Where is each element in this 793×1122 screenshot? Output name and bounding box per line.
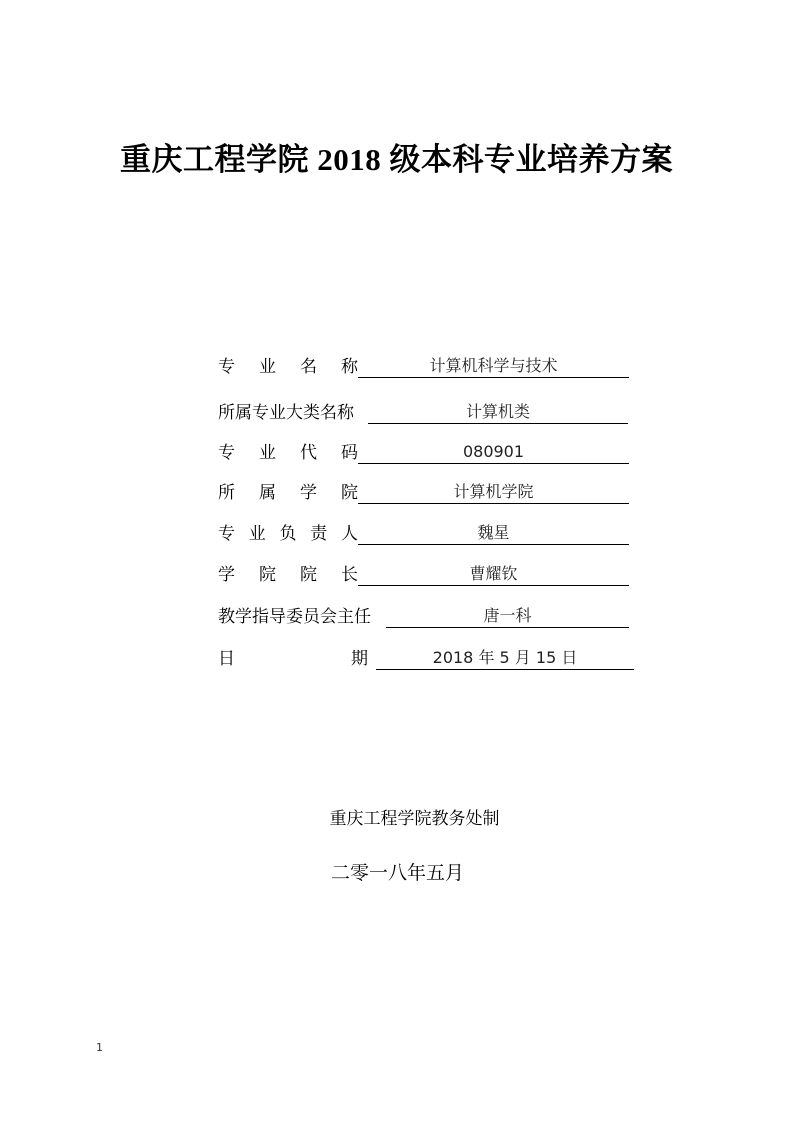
field-label: 日 期 [218,648,368,670]
field-label: 所属专业大类名称 [218,402,368,424]
field-row-college: 所 属 学 院 计算机学院 [218,478,629,504]
field-value-date: 2018 年 5 月 15 日 [376,647,634,670]
field-row-major-code: 专 业 代 码 080901 [218,438,629,464]
field-value-dean: 曹耀钦 [358,563,629,586]
field-label: 学 院 院 长 [218,564,358,586]
issuer: 重庆工程学院教务处制 [0,804,793,829]
page-number: 1 [96,1041,103,1054]
field-label: 教学指导委员会主任 [218,606,386,628]
field-value-college: 计算机学院 [358,481,629,504]
field-row-committee-chair: 教学指导委员会主任 唐一科 [218,602,629,628]
field-value-major-category: 计算机类 [368,401,628,424]
field-value-major-head: 魏星 [358,522,629,545]
field-label: 专 业 名 称 [218,356,358,378]
field-value-major-code: 080901 [358,441,629,464]
field-row-major-name: 专 业 名 称 计算机科学与技术 [218,352,629,378]
field-row-date: 日 期 2018 年 5 月 15 日 [218,644,634,670]
field-label: 专 业 负 责 人 [218,523,358,545]
field-row-major-head: 专 业 负 责 人 魏星 [218,519,629,545]
field-row-major-category: 所属专业大类名称 计算机类 [218,398,628,424]
issue-date: 二零一八年五月 [0,858,793,885]
field-label: 所 属 学 院 [218,482,358,504]
field-value-committee-chair: 唐一科 [386,605,629,628]
field-value-major-name: 计算机科学与技术 [358,355,629,378]
field-row-dean: 学 院 院 长 曹耀钦 [218,560,629,586]
field-label: 专 业 代 码 [218,442,358,464]
document-title: 重庆工程学院 2018 级本科专业培养方案 [0,140,793,180]
